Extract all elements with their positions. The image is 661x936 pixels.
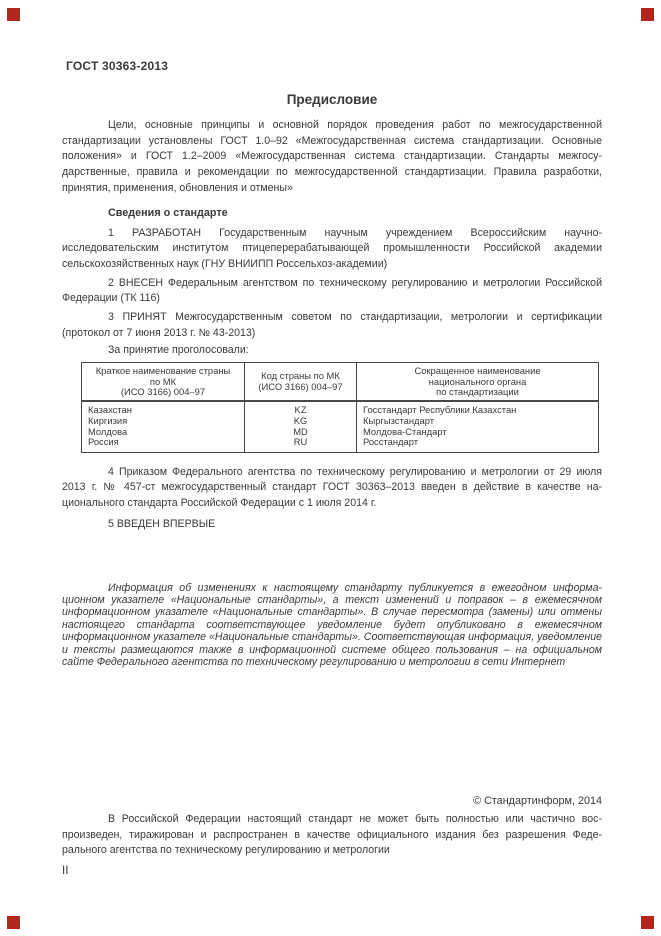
table-header-code: Код страны по МК (ИСО 3166) 004–97 [245,363,357,402]
table-header-country: Краткое наименование страны по МК (ИСО 3… [82,363,245,402]
vote-intro: За принятие проголосовали: [62,343,602,359]
doc-number: ГОСТ 30363-2013 [66,59,602,73]
clause-3-adopted: 3 ПРИНЯТ Межгосударственным советом по с… [62,310,602,341]
fiducial-marker-top-left [7,8,20,21]
page-number: II [62,865,602,877]
country-cell: Молдова [82,427,245,438]
reproduction-notice: В Российской Федерации настоящий стандар… [62,812,602,858]
table-row: Россия RU Росстандарт [82,437,599,452]
table-row: Молдова MD Молдова-Стандарт [82,427,599,438]
body-cell: Кыргызстандарт [357,416,599,427]
body-cell: Госстандарт Республики Казахстан [357,401,599,416]
table-row: Казахстан KZ Госстандарт Республики Каза… [82,401,599,416]
voting-table-header-row: Краткое наименование страны по МК (ИСО 3… [82,363,599,402]
country-cell: Казахстан [82,401,245,416]
clause-4-order: 4 Приказом Федерального агентства по тех… [62,465,602,512]
code-cell: MD [245,427,357,438]
intro-paragraph: Цели, основные принципы и основной поряд… [62,118,602,197]
country-cell: Россия [82,437,245,452]
fiducial-marker-top-right [641,8,654,21]
table-row: Киргизия KG Кыргызстандарт [82,416,599,427]
clause-2-submitted: 2 ВНЕСЕН Федеральным агентством по техни… [62,276,602,307]
fiducial-marker-bottom-left [7,916,20,929]
amendments-notice: Информация об изменениях к настоящему ст… [62,582,602,669]
voting-table: Краткое наименование страны по МК (ИСО 3… [81,362,599,453]
body-cell: Росстандарт [357,437,599,452]
body-cell: Молдова-Стандарт [357,427,599,438]
country-cell: Киргизия [82,416,245,427]
fiducial-marker-bottom-right [641,916,654,929]
table-header-body: Сокращенное наименование национального о… [357,363,599,402]
clause-1-developed: 1 РАЗРАБОТАН Государственным научным учр… [62,226,602,273]
code-cell: KZ [245,401,357,416]
clause-5-first-time: 5 ВВЕДЕН ВПЕРВЫЕ [62,517,602,533]
document-page: ГОСТ 30363-2013 Предисловие Цели, основн… [62,59,602,877]
code-cell: KG [245,416,357,427]
section-heading-standard-info: Сведения о стандарте [62,206,602,220]
page-title: Предисловие [62,92,602,107]
copyright-notice: © Стандартинформ, 2014 [62,795,602,807]
code-cell: RU [245,437,357,452]
